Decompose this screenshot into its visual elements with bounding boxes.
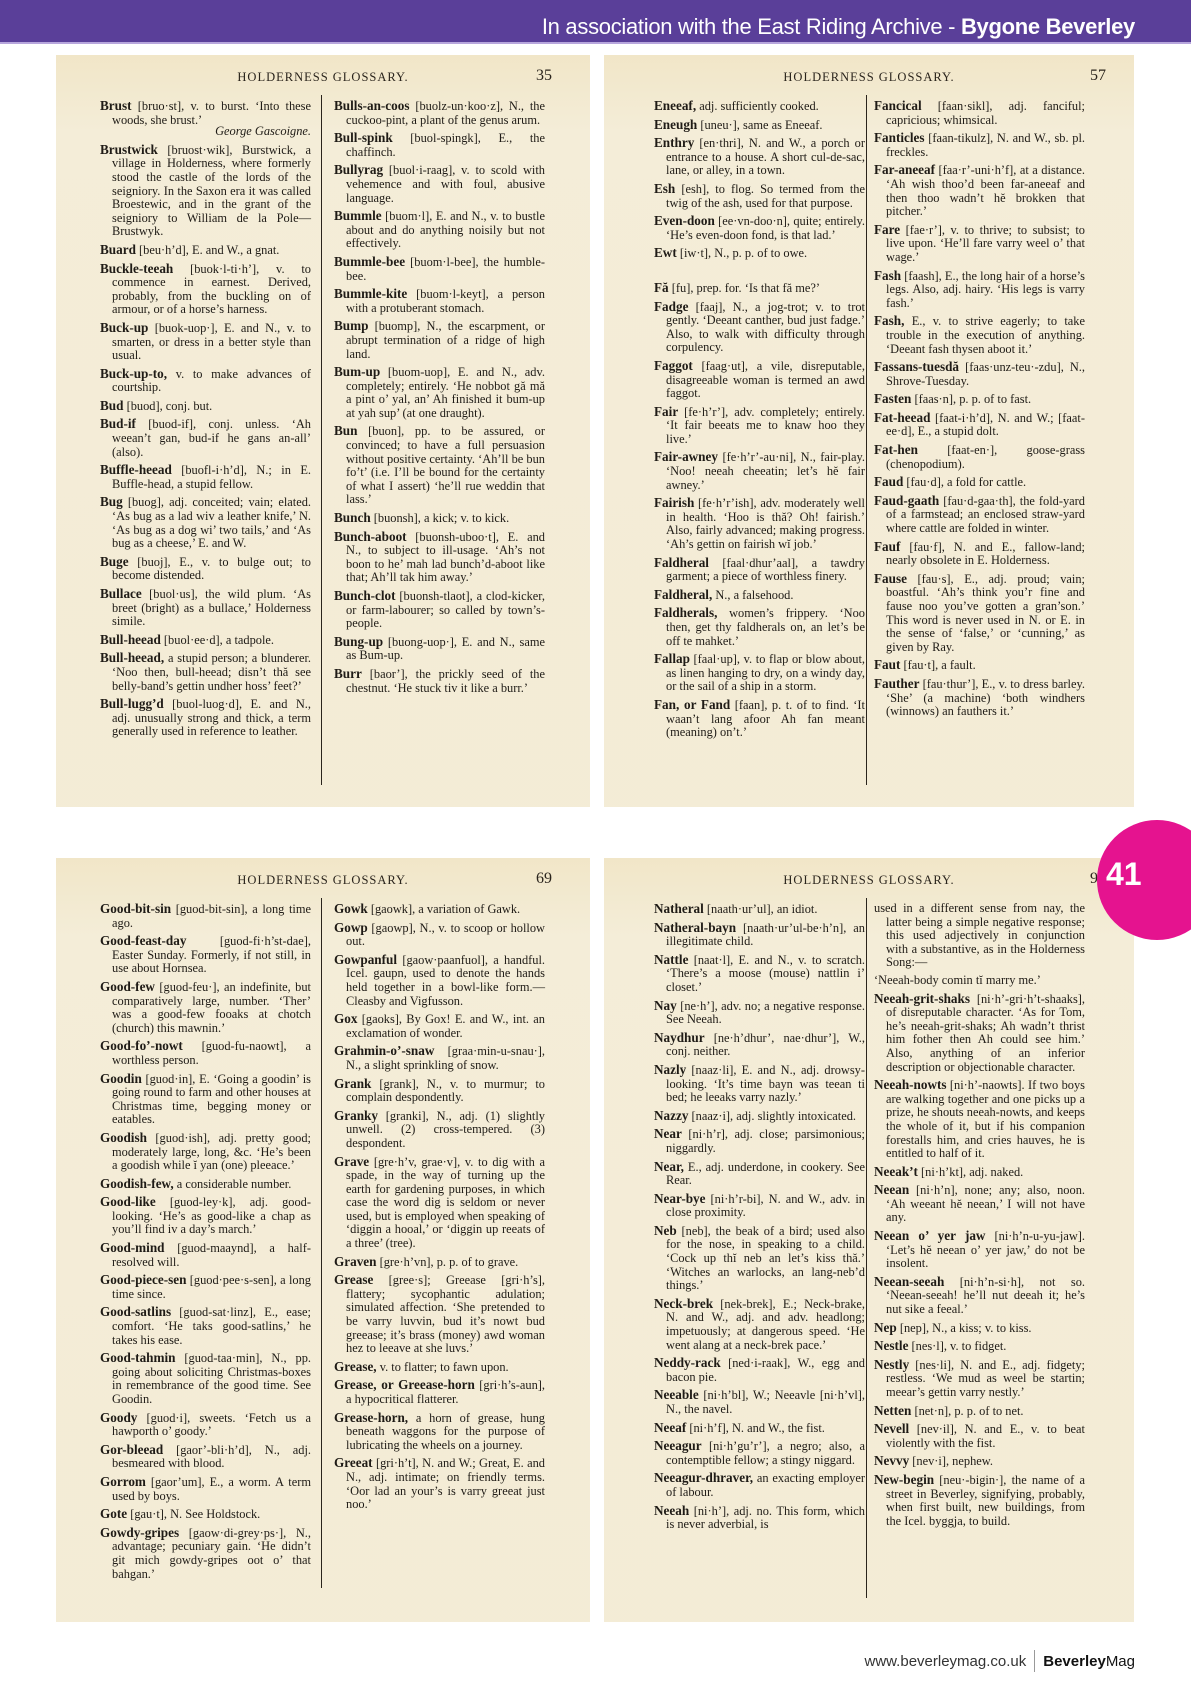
definition: [bruo·st], v. to burst. ‘Into these wood…: [112, 99, 311, 127]
definition: [gri·h’t], N. and W.; Great, E. and N., …: [346, 1456, 545, 1511]
headword: Nazzy: [654, 1108, 688, 1123]
headword: Fause: [874, 571, 907, 586]
definition: [buod-if], conj. unless. ‘Ah weean’t gan…: [112, 417, 311, 458]
column-divider: [866, 95, 867, 785]
definition: [iw·t], N., p. p. of to owe.: [677, 246, 807, 260]
headword: Neb: [654, 1223, 677, 1238]
glossary-entry: Bunch [buonsh], a kick; v. to kick.: [334, 511, 545, 526]
glossary-entry: Nazly [naaz·li], E. and N., adj. drowsy-…: [654, 1063, 865, 1105]
left-column: Good-bit-sin [guod-bit-sin], a long time…: [100, 902, 311, 1585]
headword: Fassans-tuesdă: [874, 359, 959, 374]
glossary-entry: Greeat [gri·h’t], N. and W.; Great, E. a…: [334, 1456, 545, 1511]
headword: Natheral-bayn: [654, 920, 736, 935]
glossary-entry: Esh [esh], to flog. So termed from the t…: [654, 182, 865, 210]
glossary-entry: Buard [beu·h’d], E. and W., a gnat.: [100, 243, 311, 258]
glossary-entry: Faldheral, N., a falsehood.: [654, 588, 865, 603]
glossary-entry: Fash, E., v. to strive eagerly; to take …: [874, 314, 1085, 356]
definition: [naaz·li], E. and N., adj. drowsy-lookin…: [666, 1063, 865, 1104]
headword: Nep: [874, 1320, 897, 1335]
glossary-page-57: HOLDERNESS GLOSSARY. 57 Eneeaf, adj. suf…: [604, 55, 1134, 807]
header-prefix: In association with the East Riding Arch…: [542, 14, 961, 39]
glossary-entry: Far-aneeaf [faa·r’-uni·h’f], at a distan…: [874, 163, 1085, 218]
headword: Gor-bleead: [100, 1442, 163, 1457]
headword: Gote: [100, 1506, 127, 1521]
glossary-page-99: HOLDERNESS GLOSSARY. 99 Natheral [naath·…: [604, 858, 1134, 1622]
headword: Gowp: [334, 920, 368, 935]
definition: used in a different sense from nay, the …: [874, 901, 1085, 969]
glossary-entry: Bug [buog], adj. conceited; vain; elated…: [100, 495, 311, 550]
glossary-entry: Fair [fe·h’r’], adv. completely; entirel…: [654, 405, 865, 447]
definition: [grank], N., v. to murmur; to complain d…: [346, 1077, 545, 1105]
glossary-entry: Near, E., adj. underdone, in cookery. Se…: [654, 1160, 865, 1188]
glossary-entry: Bung-up [buong-uop·], E. and N., same as…: [334, 635, 545, 663]
glossary-entry: Grease-horn, a horn of grease, hung bene…: [334, 1411, 545, 1453]
definition: [ni·h’kt], adj. naked.: [918, 1165, 1023, 1179]
glossary-entry: Bullyrag [buol·i-raag], v. to scold with…: [334, 163, 545, 205]
headword: Nevell: [874, 1421, 909, 1436]
footer-url[interactable]: www.beverleymag.co.uk: [865, 1653, 1027, 1670]
glossary-entry: Granky [granki], N., adj. (1) slightly u…: [334, 1109, 545, 1151]
headword: Granky: [334, 1108, 378, 1123]
headword: Bun: [334, 423, 357, 438]
page-number: 57: [1090, 67, 1106, 85]
definition: [buol·us], the wild plum. ‘As breet (bri…: [112, 587, 311, 628]
headword: Neeah-grit-shaks: [874, 991, 970, 1006]
glossary-entry: Gox [gaoks], By Gox! E. and W., int. an …: [334, 1012, 545, 1040]
glossary-entry: Naydhur [ne·h’dhur’, nae·dhur’], W., con…: [654, 1031, 865, 1059]
right-column: used in a different sense from nay, the …: [874, 902, 1085, 1532]
headword: Good-satlins: [100, 1304, 171, 1319]
headword: Fă: [654, 280, 669, 295]
glossary-entry: Faldherals, women’s frippery. ‘Noo then,…: [654, 606, 865, 648]
headword: Bullace: [100, 586, 142, 601]
headword: Goodish-few,: [100, 1176, 174, 1191]
glossary-entry: Fat-heead [faat-i·h’d], N. and W.; [faat…: [874, 411, 1085, 439]
definition: [esh], to flog. So termed from the twig …: [666, 182, 865, 210]
headword: Buck-up: [100, 320, 148, 335]
glossary-entry: Bunch-aboot [buonsh-uboo·t], E. and N., …: [334, 530, 545, 585]
headword: Graven: [334, 1254, 377, 1269]
glossary-entry: Brust [bruo·st], v. to burst. ‘Into thes…: [100, 99, 311, 139]
right-column: Gowk [gaowk], a variation of Gawk.Gowp […: [334, 902, 545, 1516]
glossary-entry: Neeah [ni·h’], adj. no. This form, which…: [654, 1504, 865, 1532]
definition: [naath·ur’ul], an idiot.: [704, 902, 818, 916]
headword: Far-aneeaf: [874, 162, 935, 177]
footer-divider: [1034, 1650, 1035, 1672]
headword: Grahmin-o’-snaw: [334, 1043, 434, 1058]
glossary-entry: Grease, v. to flatter; to fawn upon.: [334, 1360, 545, 1375]
headword: Fash: [874, 268, 901, 283]
headword: Nevvy: [874, 1453, 909, 1468]
definition: a considerable number.: [174, 1177, 292, 1191]
definition: [beu·h’d], E. and W., a gnat.: [136, 243, 279, 257]
glossary-entry: Bum-up [buom-uop], E. and N., adv. compl…: [334, 365, 545, 420]
glossary-entry: Bummle-bee [buom·l-bee], the humble-bee.: [334, 255, 545, 283]
headword: Grease,: [334, 1359, 377, 1374]
headword: Grank: [334, 1076, 371, 1091]
glossary-entry: Buckle-teeah [buok·l-ti·h’], v. to comme…: [100, 262, 311, 317]
glossary-entry: Burr [baor’], the prickly seed of the ch…: [334, 667, 545, 695]
headword: Netten: [874, 1403, 911, 1418]
definition: [fe·h’r’], adv. completely; entirely. ‘I…: [666, 405, 865, 446]
glossary-entry: Bummle-kite [buom·l-keyt], a person with…: [334, 287, 545, 315]
definition: [fau·f], N. and E., fallow-land; nearly …: [886, 540, 1085, 568]
glossary-entry: Grave [gre·h’v, grae·v], v. to dig with …: [334, 1155, 545, 1251]
headword: Bunch-clot: [334, 588, 396, 603]
glossary-entry: Buge [buoj], E., v. to bulge out; to bec…: [100, 555, 311, 583]
definition: [nev·i], nephew.: [909, 1454, 993, 1468]
definition: [uneu·], same as Eneeaf.: [697, 118, 822, 132]
glossary-entry: Neck-brek [nek-brek], E.; Neck-brake, N.…: [654, 1297, 865, 1352]
definition: [guod·in], E. ‘Going a goodin’ is going …: [112, 1072, 311, 1127]
glossary-entry: ‘Neeah-body comin tĭ marry me.’: [874, 974, 1085, 988]
column-divider: [866, 898, 867, 1598]
headword: Faldheral: [654, 555, 709, 570]
definition: v. to flatter; to fawn upon.: [377, 1360, 509, 1374]
glossary-entry: Bull-spink [buol-spingk], E., the chaffi…: [334, 131, 545, 159]
glossary-entry: Gor-bleead [gaor’-bli·h’d], N., adj. bes…: [100, 1443, 311, 1471]
definition: [buon], pp. to be assured, or convinced;…: [346, 424, 545, 506]
definition: [buog], adj. conceited; vain; elated. ‘A…: [112, 495, 311, 550]
headword: Faldheral,: [654, 587, 712, 602]
right-column: Bulls-an-coos [buolz-un·koo·z], N., the …: [334, 99, 545, 699]
headword: Neddy-rack: [654, 1355, 721, 1370]
headword: Fash,: [874, 313, 904, 328]
headword: Fancical: [874, 98, 922, 113]
glossary-entry: Bull-lugg’d [buol-luog·d], E. and N., ad…: [100, 697, 311, 739]
headword: Neeaf: [654, 1420, 686, 1435]
definition: E., v. to strive eagerly; to take troubl…: [886, 314, 1085, 355]
definition: [fae·r’], v. to thrive; to subsist; to l…: [886, 223, 1085, 264]
glossary-entry: Grease, or Greease-horn [gri·h’s-aun], a…: [334, 1378, 545, 1406]
quotation-source: George Gascoigne.: [112, 125, 311, 139]
glossary-entry: Fauf [fau·f], N. and E., fallow-land; ne…: [874, 540, 1085, 568]
glossary-entry: Nevvy [nev·i], nephew.: [874, 1454, 1085, 1469]
brand-bold: Beverley: [1043, 1653, 1106, 1670]
glossary-entry: Nestly [nes·li], N. and E., adj. fidgety…: [874, 1358, 1085, 1400]
glossary-entry: Fash [faash], E., the long hair of a hor…: [874, 269, 1085, 311]
headword: Nestly: [874, 1357, 909, 1372]
glossary-entry: Even-doon [ee·vn-doo·n], quite; entirely…: [654, 214, 865, 242]
column-divider: [321, 95, 322, 785]
glossary-entry: Neeagur-dhraver, an exacting employer of…: [654, 1471, 865, 1499]
definition: [gaoks], By Gox! E. and W., int. an excl…: [346, 1012, 545, 1040]
definition: [nev·il], N. and E., v. to beat violentl…: [886, 1422, 1085, 1450]
glossary-entry: Good-tahmin [guod-taa·min], N., pp. goin…: [100, 1351, 311, 1406]
glossary-entry: Neean-seeah [ni·h’n-si·h], not so. ‘Neea…: [874, 1275, 1085, 1317]
glossary-entry: Good-mind [guod-maaynd], a half-resolved…: [100, 1241, 311, 1269]
headword: Bummle: [334, 208, 382, 223]
headword: Bump: [334, 318, 368, 333]
glossary-entry: Bud [buod], conj. but.: [100, 399, 311, 414]
headword: Gowdy-gripes: [100, 1525, 179, 1540]
headword: Even-doon: [654, 213, 715, 228]
definition: [baor’], the prickly seed of the chestnu…: [346, 667, 545, 695]
definition: [nes·li], N. and E., adj. fidgety; restl…: [886, 1358, 1085, 1399]
glossary-entry: Fat-hen [faat-en·], goose-grass (chenopo…: [874, 443, 1085, 471]
glossary-entry: Good-fo’-nowt [guod-fu-naowt], a worthle…: [100, 1039, 311, 1067]
headword: Fadge: [654, 299, 688, 314]
glossary-entry: Fan, or Fand [faan], p. t. of to find. ‘…: [654, 698, 865, 740]
definition: [buomp], N., the escarpment, or abrupt t…: [346, 319, 545, 360]
glossary-entry: Faut [fau·t], a fault.: [874, 658, 1085, 673]
definition: E., adj. underdone, in cookery. See Rear…: [666, 1160, 865, 1188]
headword: Fairish: [654, 495, 694, 510]
headword: Gorrom: [100, 1474, 146, 1489]
glossary-entry: Grahmin-o’-snaw [graa·min-u-snau·], N., …: [334, 1044, 545, 1072]
glossary-entry: Neddy-rack [ned·i-raak], W., egg and bac…: [654, 1356, 865, 1384]
headword: Good-few: [100, 979, 155, 994]
headword: Grease, or Greease-horn: [334, 1377, 475, 1392]
glossary-entry: Faud-gaath [fau·d-gaa·th], the fold-yard…: [874, 494, 1085, 536]
running-head: HOLDERNESS GLOSSARY.: [56, 70, 590, 85]
glossary-entry: Gowdy-gripes [gaow·di-grey·ps·], N., adv…: [100, 1526, 311, 1581]
left-column: Brust [bruo·st], v. to burst. ‘Into thes…: [100, 99, 311, 743]
headword: Ewt: [654, 245, 677, 260]
definition: [faaj], N., a jog-trot; v. to trot gentl…: [666, 300, 865, 355]
headword: Buffle-heead: [100, 462, 172, 477]
headword: Nay: [654, 998, 677, 1013]
glossary-entry: Gowp [gaowp], N., v. to scoop or hollow …: [334, 921, 545, 949]
definition: [en·thri], N. and W., a porch or entranc…: [666, 136, 865, 177]
glossary-entry: Fare [fae·r’], v. to thrive; to subsist;…: [874, 223, 1085, 265]
glossary-entry: Bulls-an-coos [buolz-un·koo·z], N., the …: [334, 99, 545, 127]
headword: Gowpanful: [334, 952, 397, 967]
left-column: Eneeaf, adj. sufficiently cooked.Eneugh …: [654, 99, 865, 744]
headword: Greeat: [334, 1455, 373, 1470]
headword: Burr: [334, 666, 362, 681]
definition: ‘Neeah-body comin tĭ marry me.’: [874, 973, 1041, 987]
headword: Fan, or Fand: [654, 697, 730, 712]
headword: Nestle: [874, 1338, 908, 1353]
definition: [buol·ee·d], a tadpole.: [161, 633, 274, 647]
definition: [ne·h’], adv. no; a negative response. S…: [666, 999, 865, 1027]
headword: Bug: [100, 494, 123, 509]
right-column: Fancical [faan·sikl], adj. fanciful; cap…: [874, 99, 1085, 723]
glossary-entry: Neeak’t [ni·h’kt], adj. naked.: [874, 1165, 1085, 1180]
glossary-entry: Nevell [nev·il], N. and E., v. to beat v…: [874, 1422, 1085, 1450]
headword: Goody: [100, 1410, 137, 1425]
definition: [buod], conj. but.: [123, 399, 212, 413]
column-divider: [321, 898, 322, 1588]
definition: [gau·t], N. See Holdstock.: [127, 1507, 260, 1521]
headword: Grease: [334, 1272, 373, 1287]
glossary-entry: Fauther [fau·thur’], E., v. to dress bar…: [874, 677, 1085, 719]
headword: Nattle: [654, 952, 688, 967]
headword: Bung-up: [334, 634, 383, 649]
headword: Bull-heead: [100, 632, 161, 647]
headword: Buckle-teeah: [100, 261, 173, 276]
glossary-entry: Good-satlins [guod-sat·linz], E., ease; …: [100, 1305, 311, 1347]
definition: [gree·s]; Greease [gri·h’s], flattery; s…: [346, 1273, 545, 1355]
glossary-entry: Fairish [fe·h’r’ish], adv. moderately we…: [654, 496, 865, 551]
glossary-entry: Neean o’ yer jaw [ni·h’n-u-yu-jaw]. ‘Let…: [874, 1229, 1085, 1271]
glossary-entry: Buffle-heead [buofl-i·h’d], N.; in E. Bu…: [100, 463, 311, 491]
headword: Fat-hen: [874, 442, 918, 457]
headword: Neeagur: [654, 1438, 702, 1453]
headword: Faldherals,: [654, 605, 717, 620]
glossary-entry: Enthry [en·thri], N. and W., a porch or …: [654, 136, 865, 178]
headword: Naydhur: [654, 1030, 705, 1045]
headword: Good-mind: [100, 1240, 165, 1255]
definition: [naaz·i], adj. slightly intoxicated.: [688, 1109, 856, 1123]
glossary-entry: Nazzy [naaz·i], adj. slightly intoxicate…: [654, 1109, 865, 1124]
headword: Neeah: [654, 1503, 689, 1518]
headword: Near: [654, 1126, 682, 1141]
glossary-entry: Goodish-few, a considerable number.: [100, 1177, 311, 1192]
headword: Bud-if: [100, 416, 136, 431]
glossary-entry: Neb [neb], the beak of a bird; used also…: [654, 1224, 865, 1293]
glossary-entry: used in a different sense from nay, the …: [874, 902, 1085, 970]
glossary-entry: Brustwick [bruost·wik], Burstwick, a vil…: [100, 143, 311, 239]
glossary-entry: Gowk [gaowk], a variation of Gawk.: [334, 902, 545, 917]
glossary-entry: Nattle [naat·l], E. and N., v. to scratc…: [654, 953, 865, 995]
glossary-entry: Gote [gau·t], N. See Holdstock.: [100, 1507, 311, 1522]
definition: [faag·ut], a vile, disreputable, disagre…: [666, 359, 865, 400]
brand-regular: Mag: [1106, 1653, 1135, 1670]
running-head: HOLDERNESS GLOSSARY.: [56, 873, 590, 888]
headword: Fair: [654, 404, 678, 419]
glossary-entry: Buck-up [buok-uop·], E. and N., v. to sm…: [100, 321, 311, 363]
headword: Fat-heead: [874, 410, 930, 425]
headword: Natheral: [654, 901, 704, 916]
headword: Bummle-kite: [334, 286, 407, 301]
headword: Neeah-nowts: [874, 1077, 947, 1092]
headword: Eneeaf,: [654, 98, 696, 113]
headword: Neck-brek: [654, 1296, 713, 1311]
glossary-entry: Good-feast-day [guod-fi·h’st-dae], Easte…: [100, 934, 311, 976]
headword: Bulls-an-coos: [334, 98, 409, 113]
glossary-entry: Fasten [faas·n], p. p. of to fast.: [874, 392, 1085, 407]
headword: Esh: [654, 181, 675, 196]
glossary-entry: Neean [ni·h’n], none; any; also, noon. ‘…: [874, 1183, 1085, 1225]
glossary-entry: Faldheral [faal·dhur’aal], a tawdry garm…: [654, 556, 865, 584]
glossary-entry: Goodish [guod·ish], adj. pretty good; mo…: [100, 1131, 311, 1173]
definition: [ni·h’f], N. and W., the fist.: [686, 1421, 825, 1435]
definition: [ni·h’r], adj. close; parsimonious; nigg…: [666, 1127, 865, 1155]
running-head: HOLDERNESS GLOSSARY.: [604, 873, 1134, 888]
headword: Bum-up: [334, 364, 380, 379]
definition: [gaowk], a variation of Gawk.: [368, 902, 520, 916]
headword: Fauther: [874, 676, 919, 691]
glossary-entry: Nep [nep], N., a kiss; v. to kiss.: [874, 1321, 1085, 1336]
headword: Good-piece-sen: [100, 1272, 186, 1287]
definition: [bruost·wik], Burstwick, a village in Ho…: [112, 143, 311, 239]
headword: Bull-lugg’d: [100, 696, 164, 711]
headword: Bunch: [334, 510, 371, 525]
definition: [fau·d], a fold for cattle.: [903, 475, 1026, 489]
page-number: 69: [536, 870, 552, 888]
glossary-entry: Bullace [buol·us], the wild plum. ‘As br…: [100, 587, 311, 629]
glossary-entry: Neeah-grit-shaks [ni·h’-gri·h’t-shaaks],…: [874, 992, 1085, 1075]
glossary-entry: Buck-up-to, v. to make advances of court…: [100, 367, 311, 395]
headword: Faud: [874, 474, 903, 489]
glossary-entry: Bun [buon], pp. to be assured, or convin…: [334, 424, 545, 507]
footer-brand: BeverleyMag: [1043, 1653, 1135, 1670]
definition: adj. sufficiently cooked.: [696, 99, 819, 113]
definition: [ni·h’n], none; any; also, noon. ‘Ah wee…: [886, 1183, 1085, 1224]
headword: Buck-up-to,: [100, 366, 167, 381]
headword: Fair-awney: [654, 449, 718, 464]
headword: Neeak’t: [874, 1164, 918, 1179]
headword: Bull-heead,: [100, 650, 164, 665]
glossary-entry: Bump [buomp], N., the escarpment, or abr…: [334, 319, 545, 361]
headword: Grave: [334, 1154, 369, 1169]
headword: Bunch-aboot: [334, 529, 407, 544]
glossary-entry: Fadge [faaj], N., a jog-trot; v. to trot…: [654, 300, 865, 355]
glossary-entry: Nay [ne·h’], adv. no; a negative respons…: [654, 999, 865, 1027]
headword: Faut: [874, 657, 900, 672]
glossary-entry: Faggot [faag·ut], a vile, disreputable, …: [654, 359, 865, 401]
glossary-entry: Neeah-nowts [ni·h’-naowts]. If two boys …: [874, 1078, 1085, 1161]
headword: Fanticles: [874, 130, 925, 145]
header-banner: In association with the East Riding Arch…: [0, 0, 1191, 44]
glossary-entry: Neeagur [ni·h’gu’r’], a negro; also, a c…: [654, 1439, 865, 1467]
glossary-entry: Fallap [faal·up], v. to flap or blow abo…: [654, 652, 865, 694]
glossary-entry: Bummle [buom·l], E. and N., v. to bustle…: [334, 209, 545, 251]
glossary-entry: Neeaf [ni·h’f], N. and W., the fist.: [654, 1421, 865, 1436]
glossary-entry: Ewt [iw·t], N., p. p. of to owe.: [654, 246, 865, 261]
definition: [naat·l], E. and N., v. to scratch. ‘The…: [666, 953, 865, 994]
glossary-page-69: HOLDERNESS GLOSSARY. 69 Good-bit-sin [gu…: [56, 858, 590, 1622]
headword: Buard: [100, 242, 136, 257]
headword: Neean: [874, 1182, 909, 1197]
glossary-entry: Eneugh [uneu·], same as Eneeaf.: [654, 118, 865, 133]
definition: [faal·up], v. to flap or blow about, as …: [666, 652, 865, 693]
page-number: 35: [536, 67, 552, 85]
headword: Bullyrag: [334, 162, 383, 177]
glossary-page-35: HOLDERNESS GLOSSARY. 35 Brust [bruo·st],…: [56, 55, 590, 807]
glossary-entry: Fă [fu], prep. for. ‘Is that fă me?’: [654, 281, 865, 296]
definition: [ni·h’], adj. no. This form, which is ne…: [666, 1504, 865, 1532]
definition: [net·n], p. p. of to net.: [911, 1404, 1023, 1418]
glossary-entry: Grease [gree·s]; Greease [gri·h’s], flat…: [334, 1273, 545, 1356]
headword: Good-like: [100, 1194, 156, 1209]
headword: Enthry: [654, 135, 694, 150]
headword: Good-feast-day: [100, 933, 186, 948]
glossary-entry: Near [ni·h’r], adj. close; parsimonious;…: [654, 1127, 865, 1155]
glossary-entry: Bull-heead, a stupid person; a blunderer…: [100, 651, 311, 693]
definition: [faas·n], p. p. of to fast.: [911, 392, 1031, 406]
definition: [faash], E., the long hair of a horse’s …: [886, 269, 1085, 310]
glossary-entry: New-begin [neu·-bigin·], the name of a s…: [874, 1473, 1085, 1528]
headword: Fasten: [874, 391, 911, 406]
running-head: HOLDERNESS GLOSSARY.: [604, 70, 1134, 85]
glossary-entry: Fancical [faan·sikl], adj. fanciful; cap…: [874, 99, 1085, 127]
headword: Neean o’ yer jaw: [874, 1228, 985, 1243]
letter-section-gap: [654, 265, 865, 281]
headword: Neeagur-dhraver,: [654, 1470, 753, 1485]
glossary-entry: Nestle [nes·l], v. to fidget.: [874, 1339, 1085, 1354]
glossary-entry: Good-like [guod-ley·k], adj. good-lookin…: [100, 1195, 311, 1237]
headword: Bull-spink: [334, 130, 393, 145]
headword: Bud: [100, 398, 123, 413]
definition: [fau·s], E., adj. proud; vain; boastful.…: [886, 572, 1085, 654]
definition: [gre·h’v, grae·v], v. to dig with a spad…: [346, 1155, 545, 1251]
left-column: Natheral [naath·ur’ul], an idiot.Nathera…: [654, 902, 865, 1536]
headword: Faggot: [654, 358, 693, 373]
headword: Bummle-bee: [334, 254, 405, 269]
glossary-entry: Near-bye [ni·h’r-bi], N. and W., adv. in…: [654, 1192, 865, 1220]
headword: Goodish: [100, 1130, 147, 1145]
headword: Fauf: [874, 539, 900, 554]
headword: Neean-seeah: [874, 1274, 944, 1289]
headword: Near-bye: [654, 1191, 706, 1206]
footer: www.beverleymag.co.uk BeverleyMag: [865, 1650, 1135, 1672]
definition: N., a falsehood.: [712, 588, 793, 602]
definition: [buoj], E., v. to bulge out; to become d…: [112, 555, 311, 583]
glossary-entry: Gorrom [gaor’um], E., a worm. A term use…: [100, 1475, 311, 1503]
